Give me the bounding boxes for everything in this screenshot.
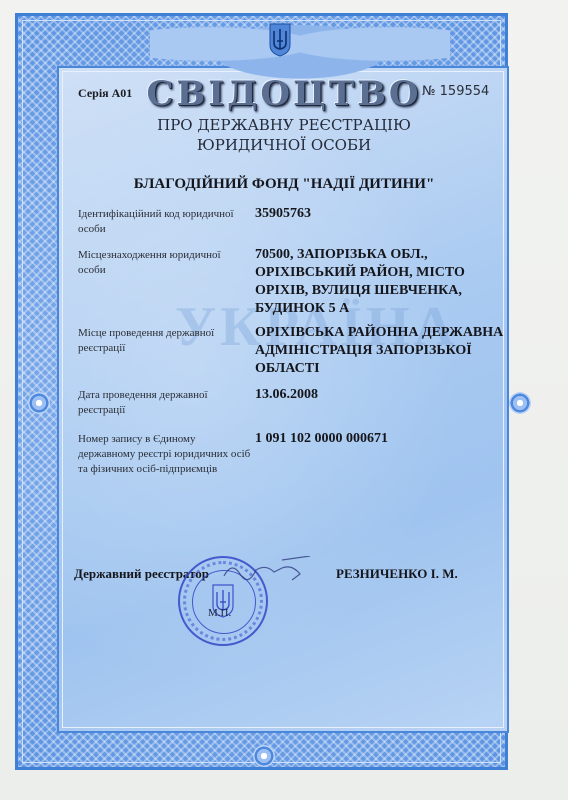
rosette-ornament-icon — [28, 392, 50, 414]
field-value-registration-place: ОРІХІВСЬКА РАЙОННА ДЕРЖАВНА АДМІНІСТРАЦІ… — [255, 324, 505, 378]
document-title: СВІДОЦТВО — [0, 74, 568, 114]
field-value-registration-date: 13.06.2008 — [255, 386, 505, 404]
field-label-identification-code: Ідентифікаційний код юридичної особи — [78, 207, 248, 237]
field-label-location: Місцезнаходження юридичної особи — [78, 248, 248, 278]
rosette-ornament-icon — [253, 745, 275, 767]
trident-coat-of-arms-icon — [269, 23, 291, 57]
field-label-registry-record-number: Номер запису в Єдиному державному реєстр… — [78, 432, 253, 477]
rosette-ornament-icon — [509, 392, 531, 414]
stamp-place-label: М.П. — [208, 607, 231, 619]
registrar-name: РЕЗНИЧЕНКО І. М. — [336, 566, 458, 582]
organization-name: БЛАГОДІЙНИЙ ФОНД "НАДІЇ ДИТИНИ" — [0, 176, 568, 193]
document-subtitle-line1: ПРО ДЕРЖАВНУ РЕЄСТРАЦІЮ — [0, 116, 568, 134]
field-value-registry-record-number: 1 091 102 0000 000671 — [255, 430, 505, 448]
crest-ornament — [150, 5, 450, 83]
document-subtitle-line2: ЮРИДИЧНОЇ ОСОБИ — [0, 136, 568, 154]
certificate-page: УКРАЇНА Серія А01 № 159554 СВІДОЦТВО ПРО… — [0, 0, 568, 800]
signature-icon — [222, 556, 312, 586]
field-value-identification-code: 35905763 — [255, 205, 505, 223]
field-label-registration-date: Дата проведення державної реєстрації — [78, 388, 248, 418]
field-value-location: 70500, ЗАПОРІЗЬКА ОБЛ., ОРІХІВСЬКИЙ РАЙО… — [255, 246, 505, 318]
field-label-registration-place: Місце проведення державної реєстрації — [78, 326, 248, 356]
